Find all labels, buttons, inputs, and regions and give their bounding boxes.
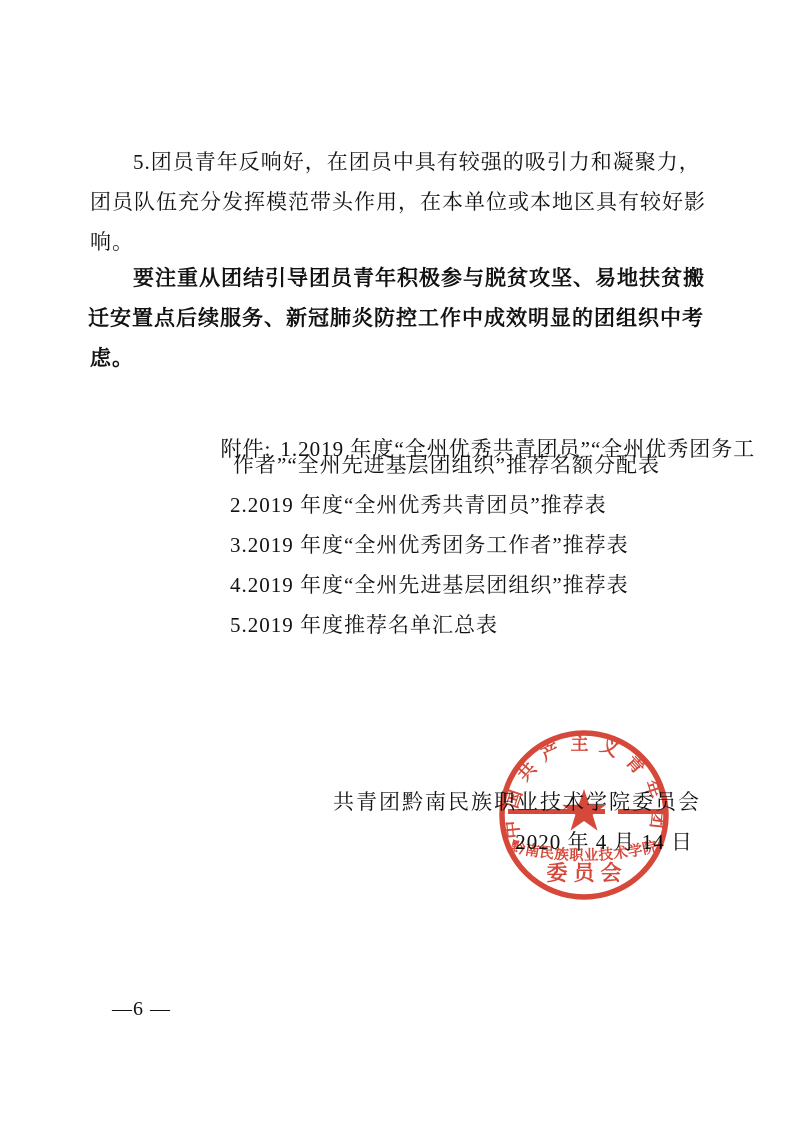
attachment-line: 4.2019 年度“全州先进基层团组织”推荐表 bbox=[230, 573, 629, 597]
text-line: 响。 bbox=[90, 230, 134, 254]
seal-right-bar bbox=[618, 809, 665, 814]
attachment-line: 作者”“全州先进基层团组织”推荐名额分配表 bbox=[233, 453, 660, 477]
text-line: 要注重从团结引导团员青年积极参与脱贫攻坚、易地扶贫搬 bbox=[90, 266, 705, 290]
seal-left-bar bbox=[508, 809, 605, 814]
seal-bottom-text: 委员会 bbox=[547, 861, 628, 885]
seal-ring-text: 中国共产主义青年团 bbox=[499, 733, 668, 840]
attachment-line: 3.2019 年度“全州优秀团务工作者”推荐表 bbox=[230, 533, 629, 557]
official-seal: 中国共产主义青年团 黔南民族职业技术学院 委员会 bbox=[495, 727, 673, 905]
text-line: 5.团员青年反响好，在团员中具有较强的吸引力和凝聚力， bbox=[90, 150, 701, 174]
page-number: —6 — bbox=[112, 998, 171, 1021]
text-line: 虑。 bbox=[90, 346, 134, 370]
attachment-line: 2.2019 年度“全州优秀共青团员”推荐表 bbox=[230, 493, 607, 517]
attachment-line: 5.2019 年度推荐名单汇总表 bbox=[230, 613, 498, 637]
seal-ring-text-holder: 中国共产主义青年团 bbox=[499, 733, 668, 840]
text-line: 团员队伍充分发挥模范带头作用，在本单位或本地区具有较好影 bbox=[90, 190, 706, 214]
document-page: 5.团员青年反响好，在团员中具有较强的吸引力和凝聚力， 团员队伍充分发挥模范带头… bbox=[0, 0, 793, 1122]
text-line: 迁安置点后续服务、新冠肺炎防控工作中成效明显的团组织中考 bbox=[88, 306, 704, 330]
